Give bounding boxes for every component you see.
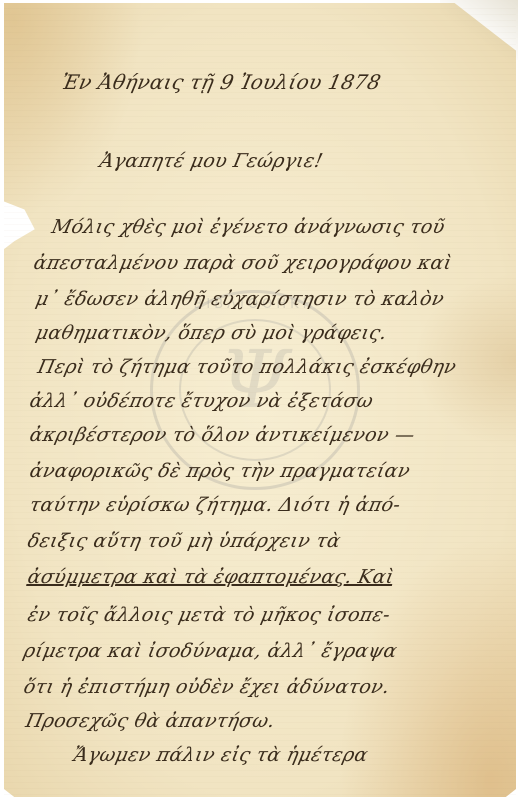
body-line-5: Περὶ τὸ ζήτημα τοῦτο πολλάκις ἐσκέφθην [36,356,459,378]
body-line-2: ἀπεσταλμένου παρὰ σοῦ χειρογράφου καὶ [32,252,454,274]
body-line-12: ἐν τοῖς ἄλλοις μετὰ τὸ μῆκος ἰσοπε- [26,604,393,626]
salutation: Ἀγαπητέ μου Γεώργιε! [98,150,325,172]
place-date-line: Ἐν Ἀθήναις τῇ 9 Ἰουλίου 1878 [59,70,383,94]
body-line-11: ἀσύμμετρα καὶ τὰ ἐφαπτομένας. Καὶ [26,566,396,588]
body-line-13: ρίμετρα καὶ ἰσοδύναμα, ἀλλ᾽ ἔγραψα [22,640,400,662]
body-line-14: ὅτι ἡ ἐπιστήμη οὐδὲν ἔχει ἀδύνατον. [22,676,392,698]
body-line-15: Προσεχῶς θὰ ἀπαντήσω. [24,710,277,732]
body-line-16: Ἄγωμεν πάλιν εἰς τὰ ἡμέτερα [72,744,370,766]
body-line-10: δειξις αὕτη τοῦ μὴ ὑπάρχειν τὰ [26,530,343,552]
paper-fold [440,0,518,60]
body-line-7: ἀκριβέστερον τὸ ὅλον ἀντικείμενον — [28,424,417,446]
body-line-1: Μόλις χθὲς μοὶ ἐγένετο ἀνάγνωσις τοῦ [50,216,447,238]
body-line-8: ἀναφορικῶς δὲ πρὸς τὴν πραγματείαν [28,460,413,482]
body-line-3: μ᾽ ἔδωσεν ἀληθῆ εὐχαρίστησιν τὸ καλὸν [34,288,447,310]
body-line-4: μαθηματικὸν, ὅπερ σὺ μοὶ γράφεις. [34,322,389,344]
body-line-9: ταύτην εὑρίσκω ζήτημα. Διότι ἡ ἀπό- [28,494,403,516]
body-line-6: ἀλλ᾽ οὐδέποτε ἔτυχον νὰ ἐξετάσω [28,390,376,412]
stamp-monogram-icon: Ψ [153,333,357,426]
